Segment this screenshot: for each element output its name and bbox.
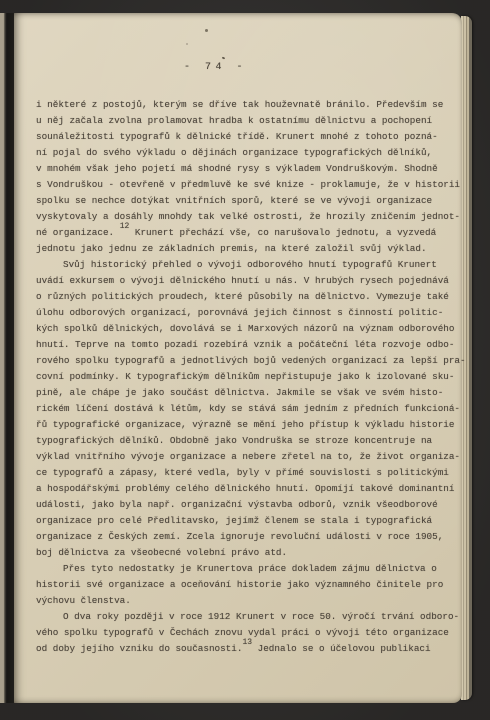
page-number: - 74 -	[184, 62, 247, 73]
text-line: s Vondruškou - otevřeně v předmluvě ke s…	[36, 177, 454, 193]
text-line: vyskytovaly a dosáhly mnohdy tak velké o…	[36, 209, 454, 225]
text-line: výklad vnitřního vývoje organizace a neb…	[36, 449, 454, 465]
text-line: pině, ale chápe je jako součást dělnictv…	[36, 385, 454, 401]
text-line: typografických dělníků. Obdobně jako Von…	[36, 433, 454, 449]
gutter-shadow	[0, 13, 14, 703]
text-line: rového spolku typografů a jednotlivých b…	[36, 353, 454, 369]
footnote-ref: 12	[120, 222, 130, 231]
text-line: O dva roky později v roce 1912 Krunert v…	[36, 609, 454, 625]
text-line: od doby jejího vzniku do současnosti.13 …	[36, 641, 454, 657]
text-line: ce typografů a zápasy, které vedla, byly…	[36, 465, 454, 481]
text-line: ní pojal do svého výkladu o dějinách org…	[36, 145, 454, 161]
body-text: i některé z postojů, kterým se dříve tak…	[36, 97, 454, 657]
ink-speck	[205, 29, 208, 32]
text-line: organizace pro celé Předlitavsko, jejímž…	[36, 513, 454, 529]
text-line: a hospodářskými problémy celého dělnické…	[36, 481, 454, 497]
text-line: spolku se nechce dotýkat vnitřních sporů…	[36, 193, 454, 209]
footnote-ref: 13	[242, 638, 252, 647]
text-line: řů typografické organizace, výrazně se m…	[36, 417, 454, 433]
text-line: v mnohém však jeho pojetí má shodné rysy…	[36, 161, 454, 177]
text-line: Svůj historický přehled o vývoji odborov…	[36, 257, 454, 273]
book-scan: - 74 - i některé z postojů, kterým se dř…	[0, 0, 490, 720]
text-line: historii své organizace a oceňování hist…	[36, 577, 454, 593]
text-line: rickém líčení dostává k létům, kdy se st…	[36, 401, 454, 417]
text-line: kých spolků dělnických, dovolává se i Ma…	[36, 321, 454, 337]
text-line: o různých politických proudech, které pů…	[36, 289, 454, 305]
ink-speck	[222, 56, 226, 59]
text-line: jednotu jako jednu ze základních premis,…	[36, 241, 454, 257]
scanned-page: - 74 - i některé z postojů, kterým se dř…	[14, 13, 462, 703]
text-line: covní podmínky. K typografickým dělníkům…	[36, 369, 454, 385]
text-line: úlohu odborových organizací, porovnává j…	[36, 305, 454, 321]
text-line: hnutí. Teprve na tomto pozadí rozebírá v…	[36, 337, 454, 353]
text-line: výchovu členstva.	[36, 593, 454, 609]
text-line: organizace z Českých zemí. Zcela ignoruj…	[36, 529, 454, 545]
text-line: u něj začala zvolna prolamovat hradba k …	[36, 113, 454, 129]
text-line: uvádí exkursem o vývoji dělnického hnutí…	[36, 273, 454, 289]
ink-speck	[186, 43, 188, 45]
text-line: né organizace. 12 Krunert přechází vše, …	[36, 225, 454, 241]
text-line: i některé z postojů, kterým se dříve tak…	[36, 97, 454, 113]
text-line: Přes tyto nedostatky je Krunertova práce…	[36, 561, 454, 577]
text-line: boj dělnictva za všeobecné volební právo…	[36, 545, 454, 561]
text-line: sounáležitosti typografů k dělnické tříd…	[36, 129, 454, 145]
text-line: události, jako byla např. organizační vý…	[36, 497, 454, 513]
